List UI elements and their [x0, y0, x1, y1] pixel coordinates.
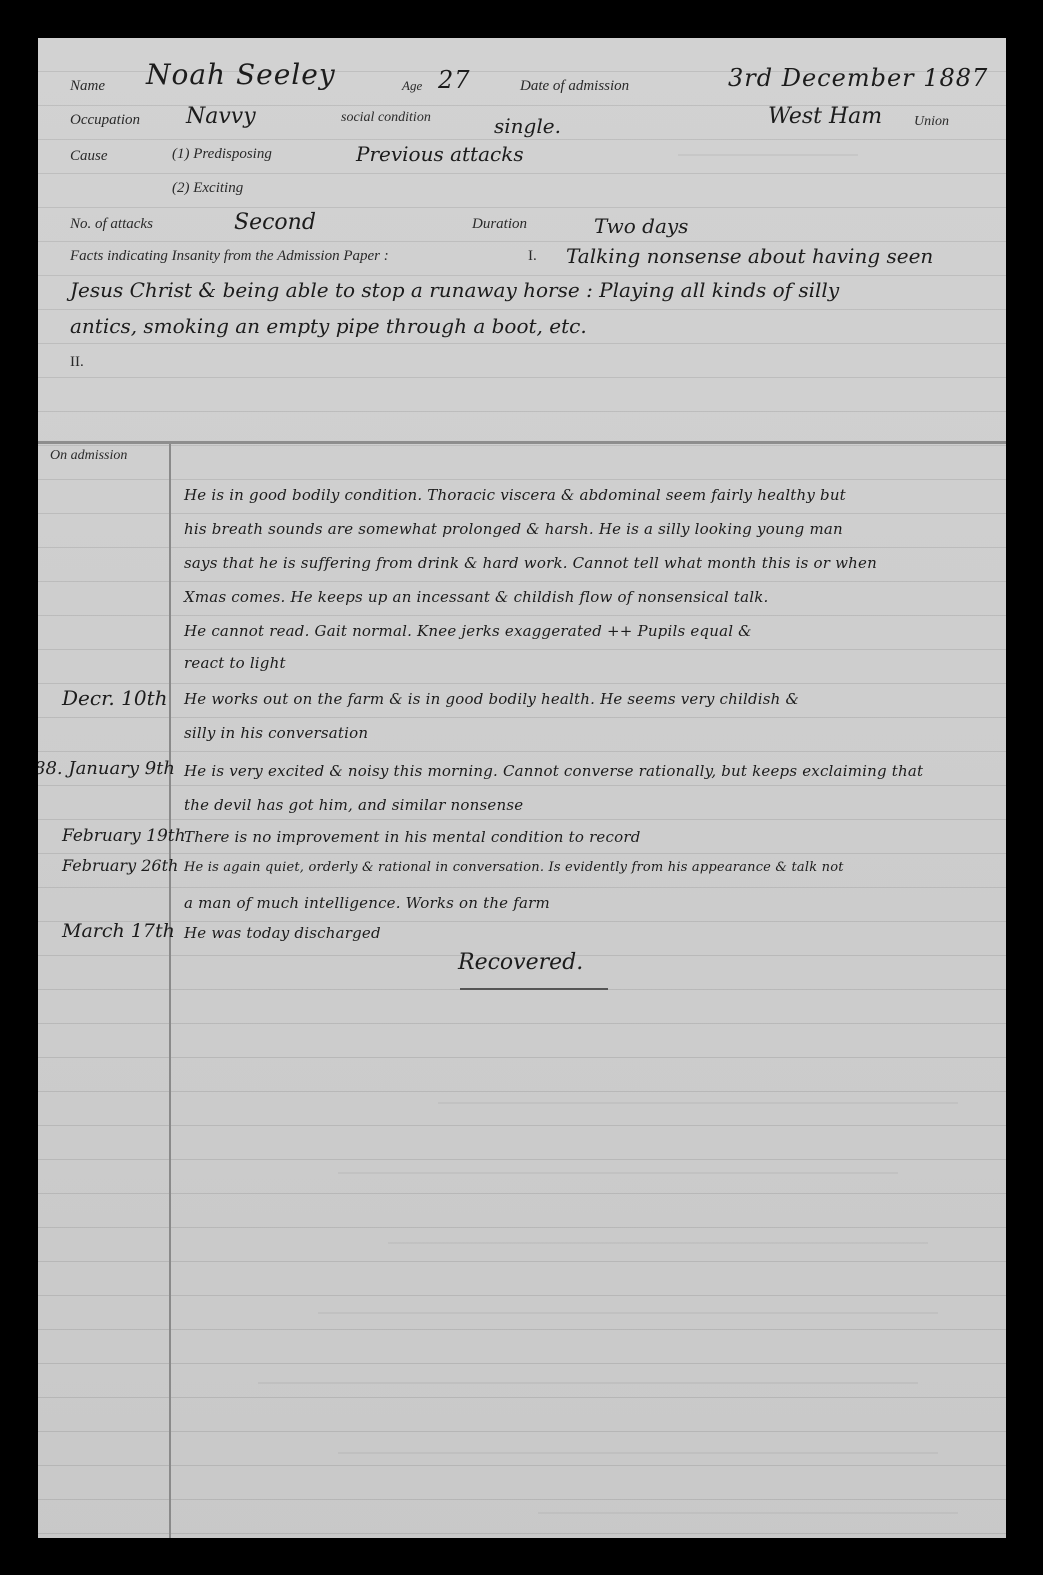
patient-age: 27	[438, 66, 471, 94]
fact-2-marker: II.	[70, 354, 84, 371]
note-line: Xmas comes. He keeps up an incessant & c…	[184, 588, 769, 606]
date-of-admission: 3rd December 1887	[728, 64, 988, 92]
occupation-label: Occupation	[70, 112, 140, 129]
entry-date: 88. January 9th	[38, 758, 175, 779]
note-line: There is no improvement in his mental co…	[184, 828, 641, 846]
note-line: a man of much intelligence. Works on the…	[184, 894, 550, 912]
date-column-divider	[169, 444, 171, 1538]
note-line: silly in his conversation	[184, 724, 368, 742]
bleed-through-mark	[258, 1368, 918, 1384]
date-of-admission-label: Date of admission	[520, 78, 629, 95]
patient-name: Noah Seeley	[146, 58, 336, 91]
bleed-through-mark	[388, 1228, 928, 1244]
social-condition-label: social condition	[341, 110, 431, 126]
entry-date: March 17th	[62, 920, 175, 942]
entry-date: Decr. 10th	[62, 686, 168, 710]
fact-1-line: antics, smoking an empty pipe through a …	[70, 314, 587, 338]
attacks-label: No. of attacks	[70, 216, 153, 233]
note-line: react to light	[184, 654, 286, 672]
facts-label: Facts indicating Insanity from the Admis…	[70, 248, 389, 265]
occupation-value: Navvy	[186, 104, 256, 129]
age-label: Age	[402, 78, 422, 94]
entry-date: February 26th	[62, 856, 178, 875]
bleed-through-mark	[338, 1158, 898, 1174]
union-value: West Ham	[768, 104, 882, 129]
case-book-page: Name Noah Seeley Age 27 Date of admissio…	[38, 38, 1006, 1538]
section-divider	[38, 441, 1006, 444]
name-label: Name	[70, 78, 105, 95]
predisposing-label: (1) Predisposing	[172, 146, 272, 163]
duration-label: Duration	[472, 216, 527, 233]
exciting-label: (2) Exciting	[172, 180, 243, 197]
on-admission-label: On admission	[50, 448, 127, 464]
duration-value: Two days	[594, 214, 688, 238]
attacks-value: Second	[234, 210, 316, 235]
note-line: He is in good bodily condition. Thoracic…	[184, 486, 846, 504]
predisposing-value: Previous attacks	[356, 142, 524, 166]
note-line: the devil has got him, and similar nonse…	[184, 796, 523, 814]
union-label: Union	[914, 114, 949, 130]
note-line: He was today discharged	[184, 924, 381, 942]
entry-date: February 19th	[62, 826, 186, 846]
note-line: He is again quiet, orderly & rational in…	[184, 860, 844, 875]
fact-1-line: Talking nonsense about having seen	[566, 244, 933, 268]
note-line: his breath sounds are somewhat prolonged…	[184, 520, 843, 538]
bleed-through-mark	[538, 1498, 958, 1514]
note-line: He works out on the farm & is in good bo…	[184, 690, 799, 708]
cause-label: Cause	[70, 148, 108, 165]
fact-1-marker: I.	[528, 248, 537, 265]
social-condition-value: single.	[494, 114, 561, 138]
note-line: says that he is suffering from drink & h…	[184, 554, 877, 572]
fact-1-line: Jesus Christ & being able to stop a runa…	[70, 278, 839, 302]
bleed-through-mark	[678, 138, 858, 156]
note-line: He is very excited & noisy this morning.…	[184, 762, 923, 780]
bleed-through-mark	[438, 1088, 958, 1104]
outcome: Recovered.	[458, 950, 583, 975]
bleed-through-mark	[318, 1298, 938, 1314]
outcome-underline	[460, 988, 608, 990]
note-line: He cannot read. Gait normal. Knee jerks …	[184, 622, 752, 640]
bleed-through-mark	[338, 1438, 938, 1454]
